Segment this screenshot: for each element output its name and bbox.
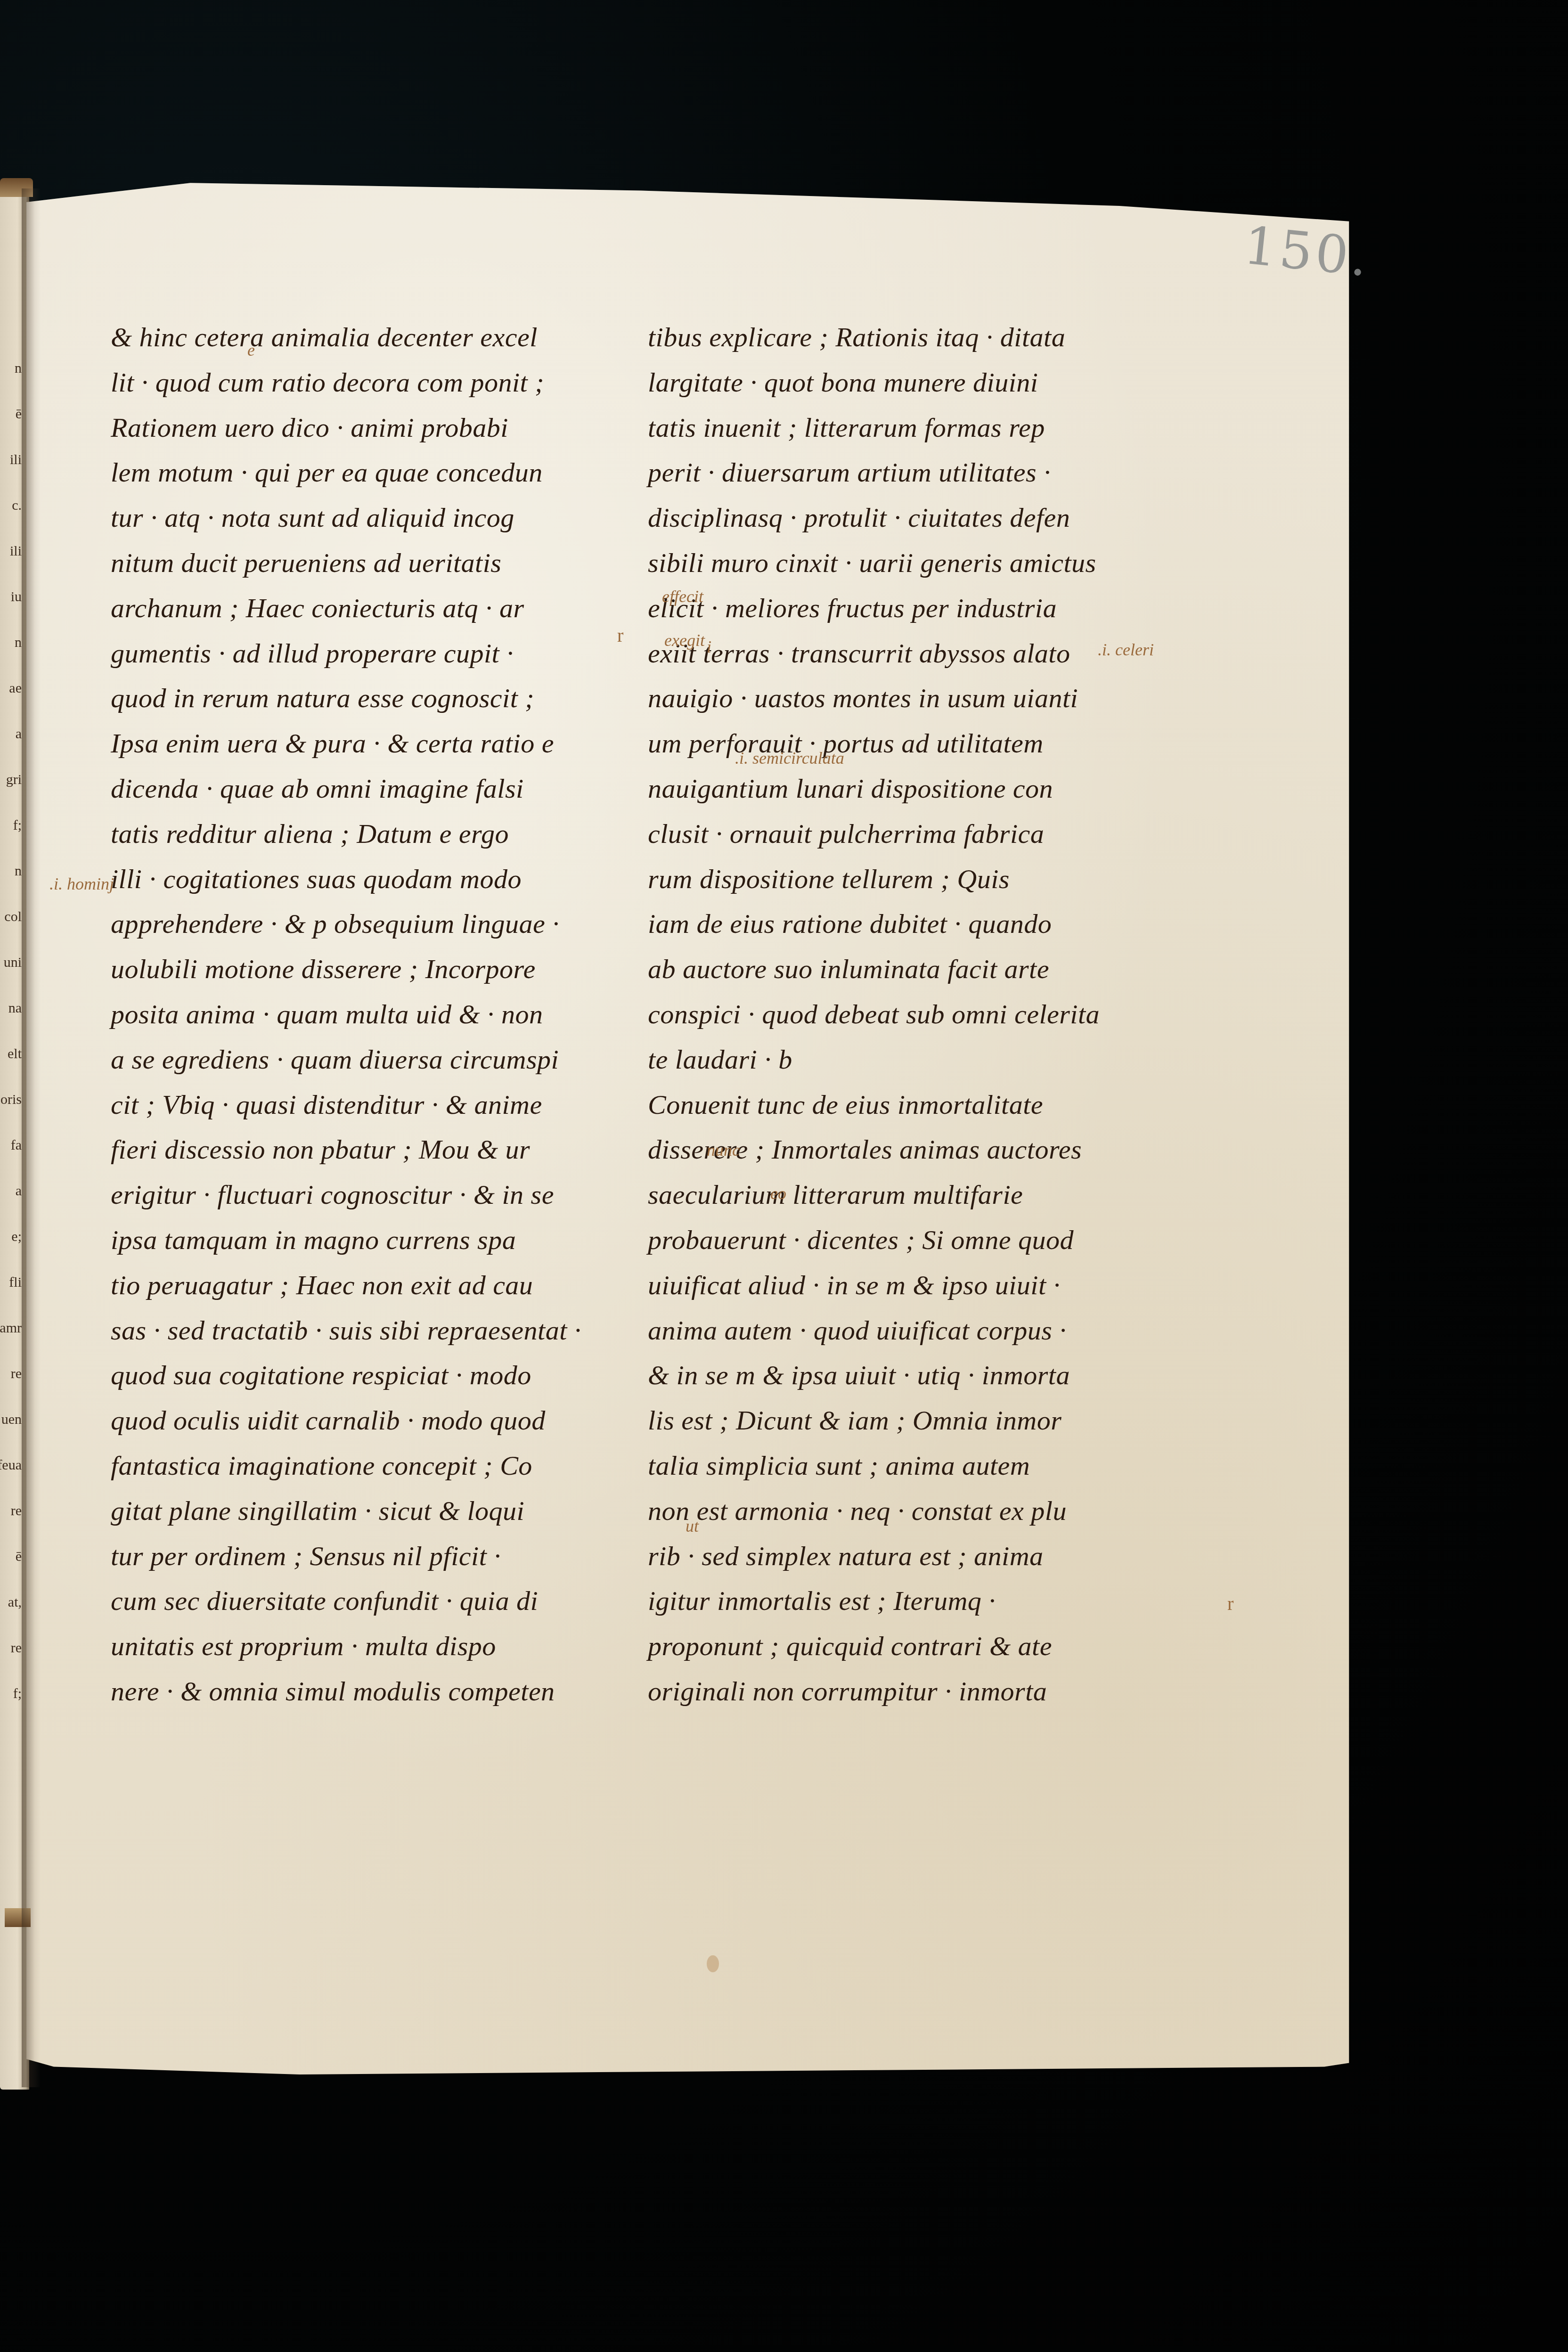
- text-line: apprehendere · & p obsequium linguae ·: [111, 901, 620, 947]
- text-line: & in se m & ipsa uiuit · utiq · inmorta: [648, 1353, 1185, 1398]
- text-line: a se egrediens · quam diuersa circumspi: [111, 1037, 620, 1082]
- text-line: nere · & omnia simul modulis competen: [111, 1669, 620, 1714]
- text-line: lit · quod cum ratio decora com ponit ;: [111, 360, 620, 405]
- text-line: proponunt ; quicquid contrari & ate: [648, 1624, 1185, 1669]
- gloss-effecit: effecit: [662, 587, 703, 606]
- text-line: iam de eius ratione dubitet · quando: [648, 901, 1185, 947]
- text-line: nauigio · uastos montes in usum uianti: [648, 676, 1185, 721]
- facing-page-fragment: ili: [10, 543, 22, 559]
- facing-page-fragment: at,: [8, 1594, 22, 1610]
- text-line: archanum ; Haec coniecturis atq · ar: [111, 586, 620, 631]
- gloss-i: i: [707, 637, 711, 657]
- margin-mark-left: r: [617, 624, 623, 646]
- text-line: Ipsa enim uera & pura · & certa ratio e: [111, 721, 620, 766]
- text-line: lem motum · qui per ea quae concedun: [111, 450, 620, 495]
- text-line: tur · atq · nota sunt ad aliquid incog: [111, 495, 620, 540]
- text-line: quod oculis uidit carnalib · modo quod: [111, 1398, 620, 1443]
- facing-page-fragment: elt: [8, 1046, 22, 1062]
- facing-page-fragment: a: [16, 1183, 22, 1199]
- text-line: & hinc cetera animalia decenter excel: [111, 315, 620, 360]
- gloss-exegit: exegit: [664, 630, 705, 650]
- gloss-ut: ut: [686, 1516, 699, 1536]
- facing-page-fragment: re: [11, 1503, 22, 1519]
- text-line: igitur inmortalis est ; Iterumq ·: [648, 1578, 1185, 1624]
- text-line: tibus explicare ; Rationis itaq · ditata: [648, 315, 1185, 360]
- text-line: gumentis · ad illud properare cupit ·: [111, 631, 620, 676]
- text-line: disciplinasq · protulit · ciuitates defe…: [648, 495, 1185, 540]
- facing-page-fragment: uni: [4, 955, 22, 971]
- text-line: cit ; Vbiq · quasi distenditur · & anime: [111, 1082, 620, 1127]
- facing-page-fragment: c.: [12, 498, 22, 514]
- gloss-e: e: [247, 340, 255, 360]
- facing-page-fragment: fli: [9, 1274, 22, 1290]
- text-line: uiuificat aliud · in se m & ipso uiuit ·: [648, 1263, 1185, 1308]
- text-line: clusit · ornauit pulcherrima fabrica: [648, 811, 1185, 857]
- text-line: posita anima · quam multa uid & · non: [111, 992, 620, 1037]
- text-line: perit · diuersarum artium utilitates ·: [648, 450, 1185, 495]
- text-line: nauigantium lunari dispositione con: [648, 766, 1185, 811]
- parchment-stain: [707, 1955, 719, 1972]
- text-line: um perforauit · portus ad utilitatem: [648, 721, 1185, 766]
- facing-page-fragment: ae: [9, 680, 22, 696]
- text-line: nitum ducit perueniens ad ueritatis: [111, 540, 620, 586]
- text-line: cum sec diuersitate confundit · quia di: [111, 1578, 620, 1624]
- text-line: sas · sed tractatib · suis sibi repraese…: [111, 1308, 620, 1353]
- facing-page-fragment: feua: [0, 1457, 22, 1473]
- text-line: tatis inuenit ; litterarum formas rep: [648, 405, 1185, 450]
- text-line: uolubili motione disserere ; Incorpore: [111, 947, 620, 992]
- facing-page-fragment: n: [15, 360, 22, 376]
- facing-page-fragment: na: [8, 1000, 22, 1016]
- text-line: tatis redditur aliena ; Datum e ergo: [111, 811, 620, 857]
- facing-page-fragment: f;: [13, 1686, 22, 1702]
- text-line: saecularium litterarum multifarie: [648, 1172, 1185, 1217]
- text-line: ipsa tamquam in magno currens spa: [111, 1217, 620, 1263]
- gloss-celeri: .i. celeri: [1098, 640, 1154, 660]
- text-line: ab auctore suo inluminata facit arte: [648, 947, 1185, 992]
- text-line: anima autem · quod uiuificat corpus ·: [648, 1308, 1185, 1353]
- text-line: fieri discessio non pbatur ; Mou & ur: [111, 1127, 620, 1172]
- text-line: Rationem uero dico · animi probabi: [111, 405, 620, 450]
- facing-page-fragment: iu: [11, 589, 22, 605]
- gloss-semicirculata: .i. semicirculata: [735, 748, 844, 768]
- facing-page-fragment: n: [15, 863, 22, 879]
- text-line: gitat plane singillatim · sicut & loqui: [111, 1488, 620, 1534]
- gutter-shadow: [22, 188, 41, 2087]
- facing-page-fragment: ili: [10, 452, 22, 468]
- facing-page-fragment: ē: [16, 1549, 22, 1565]
- text-line: non est armonia · neq · constat ex plu: [648, 1488, 1185, 1534]
- text-line: erigitur · fluctuari cognoscitur · & in …: [111, 1172, 620, 1217]
- facing-page-fragment: a: [16, 726, 22, 742]
- text-line: fantastica imaginatione concepit ; Co: [111, 1443, 620, 1488]
- text-line: te laudari · b: [648, 1037, 1185, 1082]
- text-line: illi · cogitationes suas quodam modo: [111, 857, 620, 902]
- facing-page-fragment: gri: [6, 772, 22, 788]
- text-line: rib · sed simplex natura est ; anima: [648, 1534, 1185, 1579]
- text-line: dicenda · quae ab omni imagine falsi: [111, 766, 620, 811]
- text-line: Conuenit tunc de eius inmortalitate: [648, 1082, 1185, 1127]
- text-line: rum dispositione tellurem ; Quis: [648, 857, 1185, 902]
- text-line: tio peruagatur ; Haec non exit ad cau: [111, 1263, 620, 1308]
- text-line: quod sua cogitatione respiciat · modo: [111, 1353, 620, 1398]
- facing-page-fragment: col: [4, 909, 22, 925]
- gloss-hominj: .i. hominj: [49, 874, 114, 894]
- facing-page-fragment: oris: [0, 1092, 22, 1108]
- text-line: sibili muro cinxit · uarii generis amict…: [648, 540, 1185, 586]
- gloss-eo: eo: [770, 1184, 786, 1203]
- text-line: talia simplicia sunt ; anima autem: [648, 1443, 1185, 1488]
- text-line: lis est ; Dicunt & iam ; Omnia inmor: [648, 1398, 1185, 1443]
- facing-page-fragment: f;: [13, 817, 22, 833]
- facing-page-fragment: ē: [16, 406, 22, 422]
- facing-page-fragment: re: [11, 1366, 22, 1382]
- text-line: originali non corrumpitur · inmorta: [648, 1669, 1185, 1714]
- facing-page-fragment: re: [11, 1640, 22, 1656]
- text-line: tur per ordinem ; Sensus nil pficit ·: [111, 1534, 620, 1579]
- text-line: largitate · quot bona munere diuini: [648, 360, 1185, 405]
- text-column-right: tibus explicare ; Rationis itaq · ditata…: [648, 315, 1185, 1714]
- text-line: unitatis est proprium · multa dispo: [111, 1624, 620, 1669]
- text-column-left: & hinc cetera animalia decenter excellit…: [111, 315, 620, 1714]
- text-line: elicit · meliores fructus per industria: [648, 586, 1185, 631]
- facing-page-fragment: n: [15, 635, 22, 651]
- facing-page-fragment: fa: [11, 1137, 22, 1153]
- facing-page-fragment: e;: [11, 1229, 22, 1245]
- facing-page-fragment: amr: [0, 1320, 22, 1336]
- facing-page-fragment: uen: [1, 1412, 22, 1428]
- text-line: quod in rerum natura esse cognoscit ;: [111, 676, 620, 721]
- margin-mark-right: r: [1227, 1592, 1233, 1615]
- text-line: probauerunt · dicentes ; Si omne quod: [648, 1217, 1185, 1263]
- gloss-nunc: nunc: [707, 1140, 740, 1160]
- text-line: conspici · quod debeat sub omni celerita: [648, 992, 1185, 1037]
